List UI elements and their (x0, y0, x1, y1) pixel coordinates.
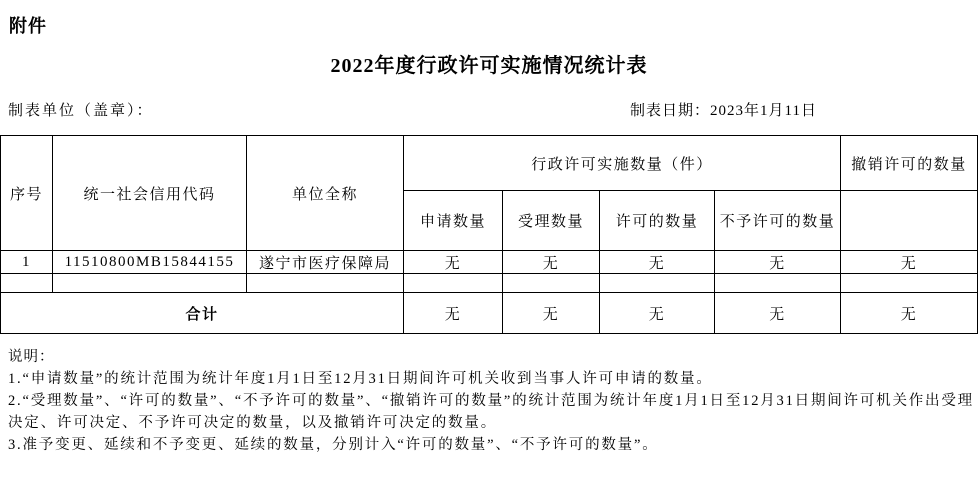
cell-credit-code: 11510800MB15844155 (53, 251, 247, 274)
document-page: 附件 2022年度行政许可实施情况统计表 制表单位（盖章）： 制表日期：2023… (0, 0, 978, 492)
total-denied: 无 (715, 293, 841, 334)
notes-heading: 说明： (8, 346, 974, 368)
cell-denied: 无 (715, 251, 841, 274)
total-accept: 无 (503, 293, 600, 334)
col-header-accept: 受理数量 (503, 191, 600, 251)
cell-revoked (841, 274, 978, 293)
table-row-1: 1 11510800MB15844155 遂宁市医疗保障局 无 无 无 无 无 (1, 251, 978, 274)
cell-apply (404, 274, 503, 293)
total-label: 合计 (1, 293, 404, 334)
col-header-revoked-sub (841, 191, 978, 251)
cell-apply: 无 (404, 251, 503, 274)
note-item-1: 1.“申请数量”的统计范围为统计年度1月1日至12月31日期间许可机关收到当事人… (8, 368, 974, 390)
total-granted: 无 (600, 293, 715, 334)
cell-accept (503, 274, 600, 293)
col-header-revoked: 撤销许可的数量 (841, 136, 978, 191)
col-header-apply: 申请数量 (404, 191, 503, 251)
col-header-denied: 不予许可的数量 (715, 191, 841, 251)
header-row-top: 序号 统一社会信用代码 单位全称 行政许可实施数量（件） 撤销许可的数量 (1, 136, 978, 191)
cell-revoked: 无 (841, 251, 978, 274)
table-row-total: 合计 无 无 无 无 无 (1, 293, 978, 334)
cell-unit-name (247, 274, 404, 293)
col-header-credit-code: 统一社会信用代码 (53, 136, 247, 251)
note-item-2: 2.“受理数量”、“许可的数量”、“不予许可的数量”、“撤销许可的数量”的统计范… (8, 390, 974, 434)
attachment-label: 附件 (9, 12, 47, 38)
cell-accept: 无 (503, 251, 600, 274)
total-apply: 无 (404, 293, 503, 334)
cell-seq (1, 274, 53, 293)
cell-granted: 无 (600, 251, 715, 274)
cell-credit-code (53, 274, 247, 293)
page-title: 2022年度行政许可实施情况统计表 (0, 49, 978, 78)
cell-unit-name: 遂宁市医疗保障局 (247, 251, 404, 274)
stats-table: 序号 统一社会信用代码 单位全称 行政许可实施数量（件） 撤销许可的数量 申请数… (0, 135, 978, 334)
col-header-granted: 许可的数量 (600, 191, 715, 251)
cell-denied (715, 274, 841, 293)
note-item-3: 3.准予变更、延续和不予变更、延续的数量，分别计入“许可的数量”、“不予许可的数… (8, 434, 974, 456)
col-header-impl-group: 行政许可实施数量（件） (404, 136, 841, 191)
cell-granted (600, 274, 715, 293)
cell-seq: 1 (1, 251, 53, 274)
notes-section: 说明： 1.“申请数量”的统计范围为统计年度1月1日至12月31日期间许可机关收… (8, 346, 974, 456)
table-row-empty (1, 274, 978, 293)
total-revoked: 无 (841, 293, 978, 334)
prepared-by-label: 制表单位（盖章）： (8, 99, 154, 120)
prepared-date-label: 制表日期：2023年1月11日 (630, 99, 817, 120)
col-header-seq: 序号 (1, 136, 53, 251)
col-header-unit-name: 单位全称 (247, 136, 404, 251)
